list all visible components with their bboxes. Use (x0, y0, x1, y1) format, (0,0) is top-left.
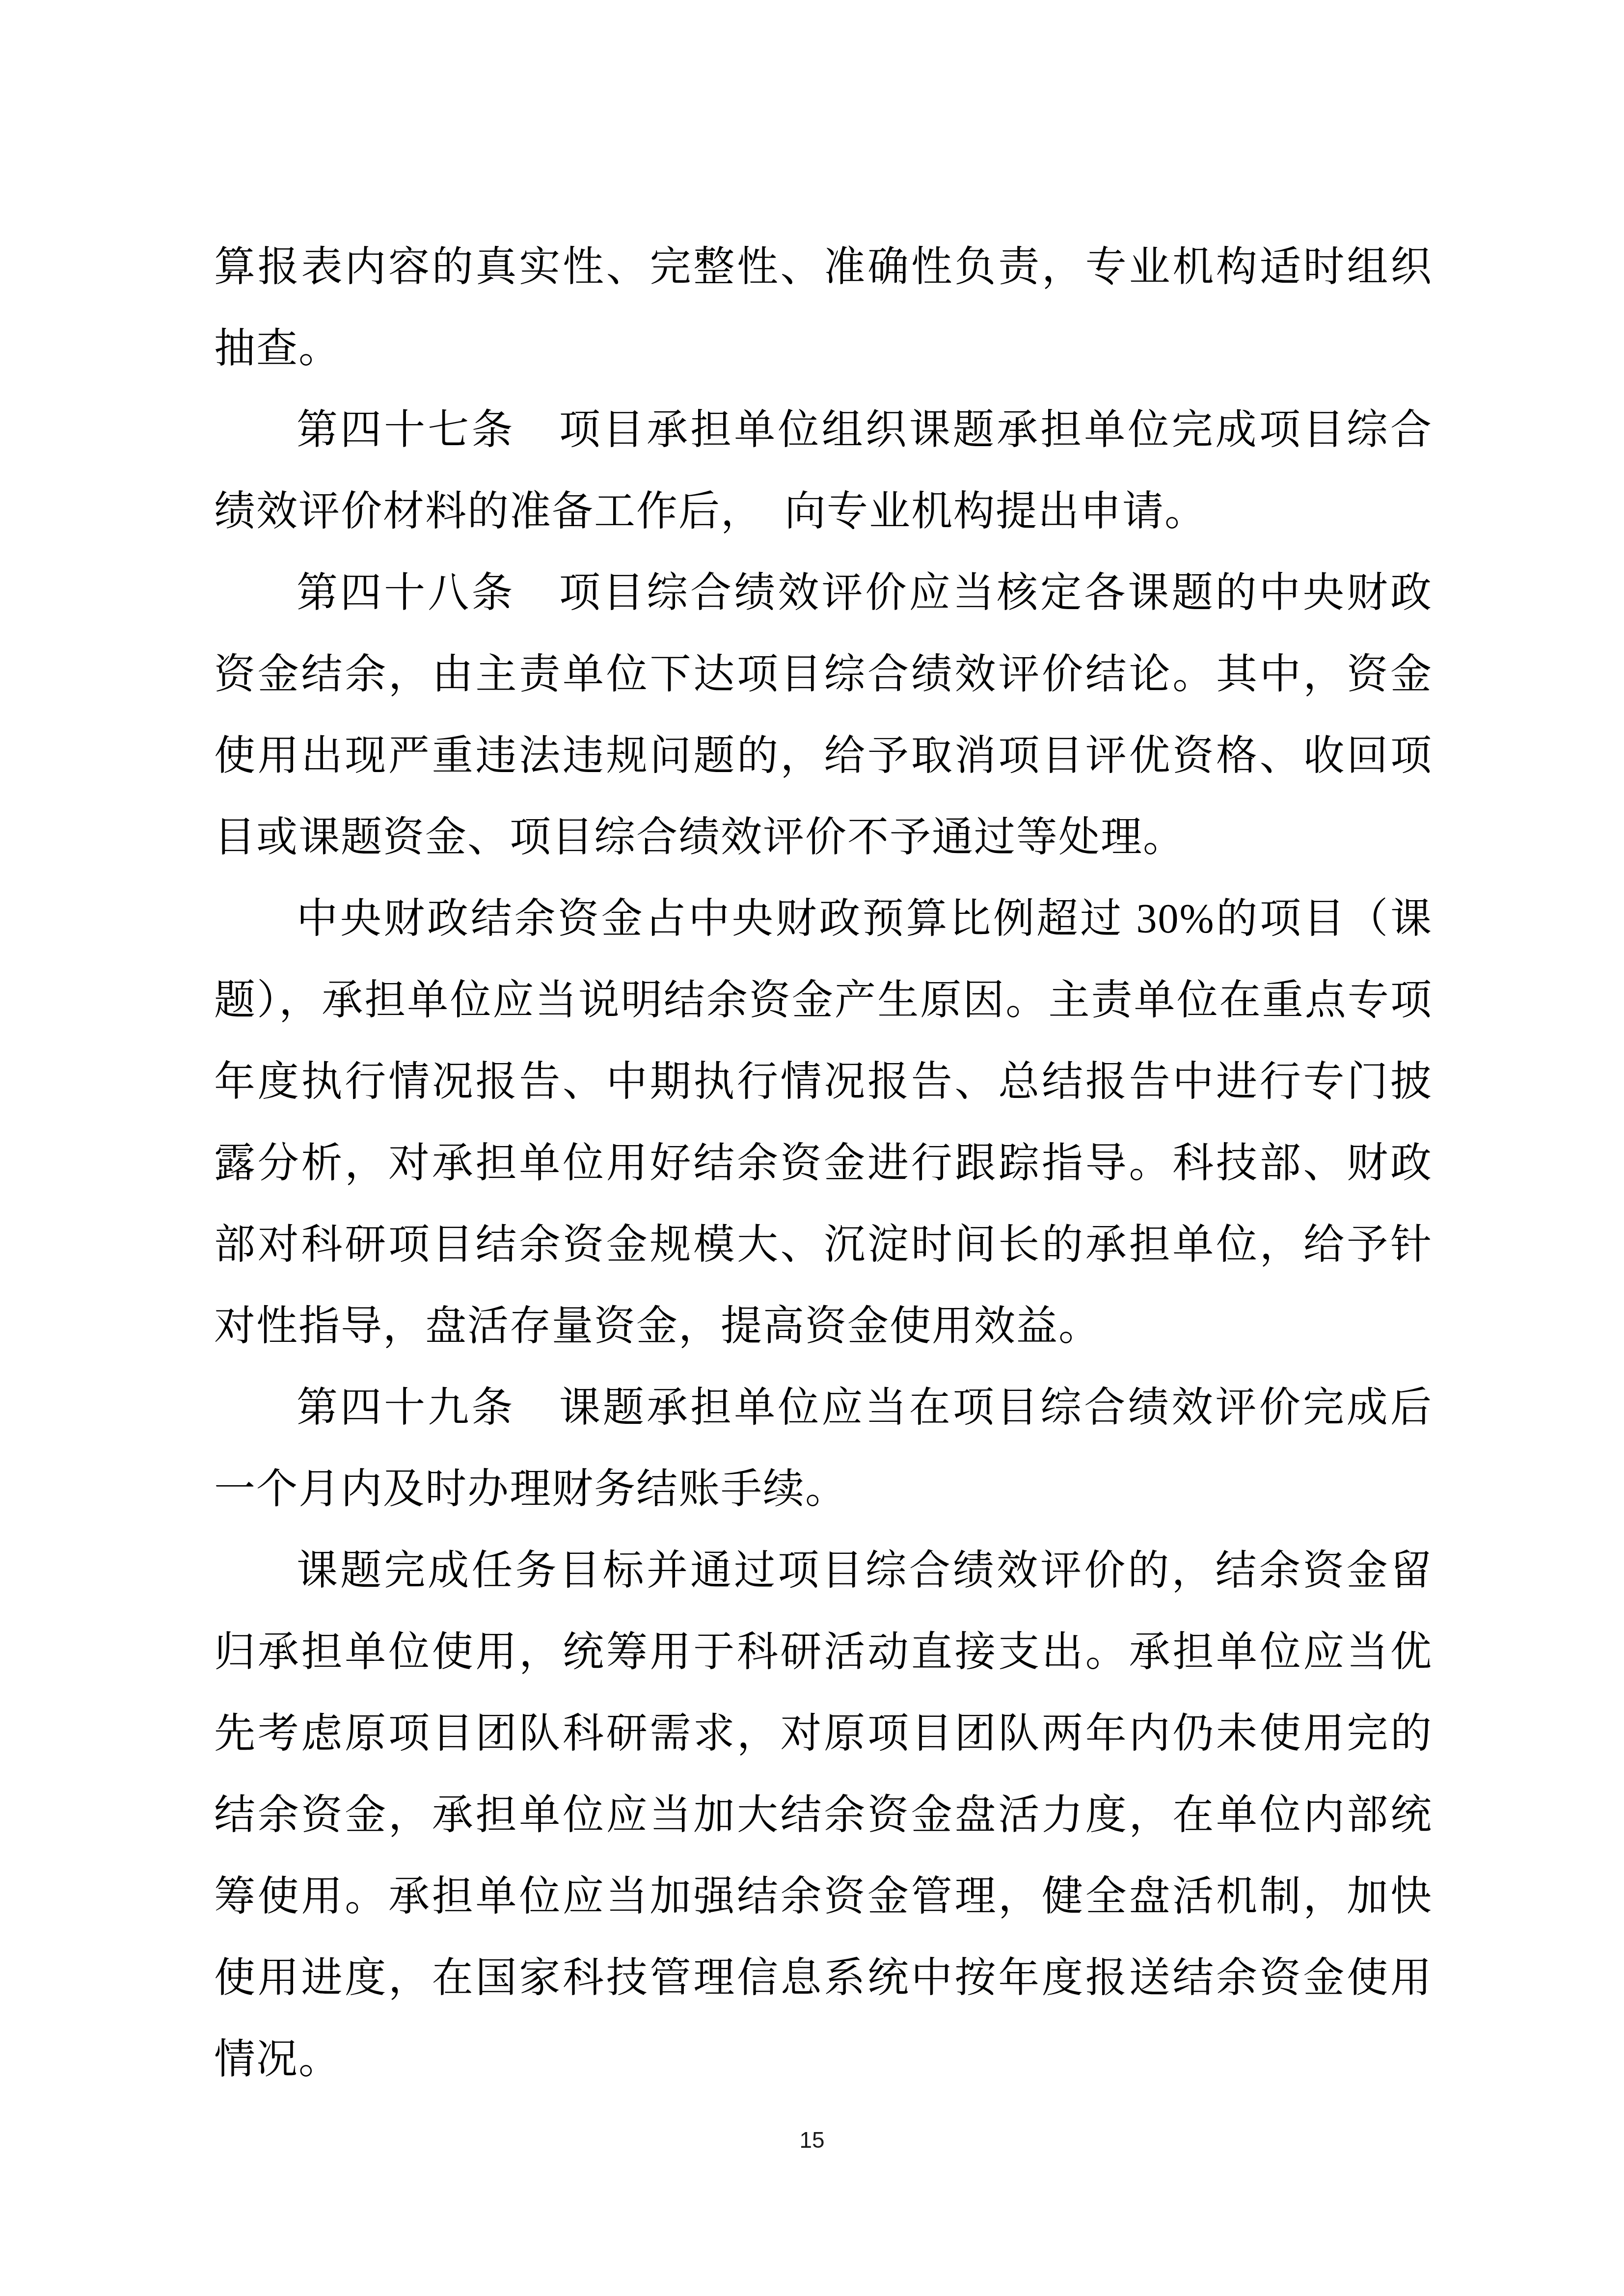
document-page: 算报表内容的真实性、完整性、准确性负责，专业机构适时组织抽查。 第四十七条 项目… (0, 0, 1624, 2296)
paragraph: 课题完成任务目标并通过项目综合绩效评价的，结余资金留归承担单位使用，统筹用于科研… (214, 1530, 1433, 2101)
paragraph: 中央财政结余资金占中央财政预算比例超过 30%的项目（课题），承担单位应当说明结… (214, 879, 1433, 1367)
paragraph: 第四十七条 项目承担单位组织课题承担单位完成项目综合绩效评价材料的准备工作后， … (214, 390, 1433, 553)
paragraph: 第四十九条 课题承担单位应当在项目综合绩效评价完成后一个月内及时办理财务结账手续… (214, 1367, 1433, 1530)
paragraph: 算报表内容的真实性、完整性、准确性负责，专业机构适时组织抽查。 (214, 227, 1433, 390)
document-body: 算报表内容的真实性、完整性、准确性负责，专业机构适时组织抽查。 第四十七条 项目… (214, 227, 1433, 2101)
paragraph: 第四十八条 项目综合绩效评价应当核定各课题的中央财政资金结余，由主责单位下达项目… (214, 553, 1433, 879)
page-number: 15 (0, 2125, 1624, 2155)
